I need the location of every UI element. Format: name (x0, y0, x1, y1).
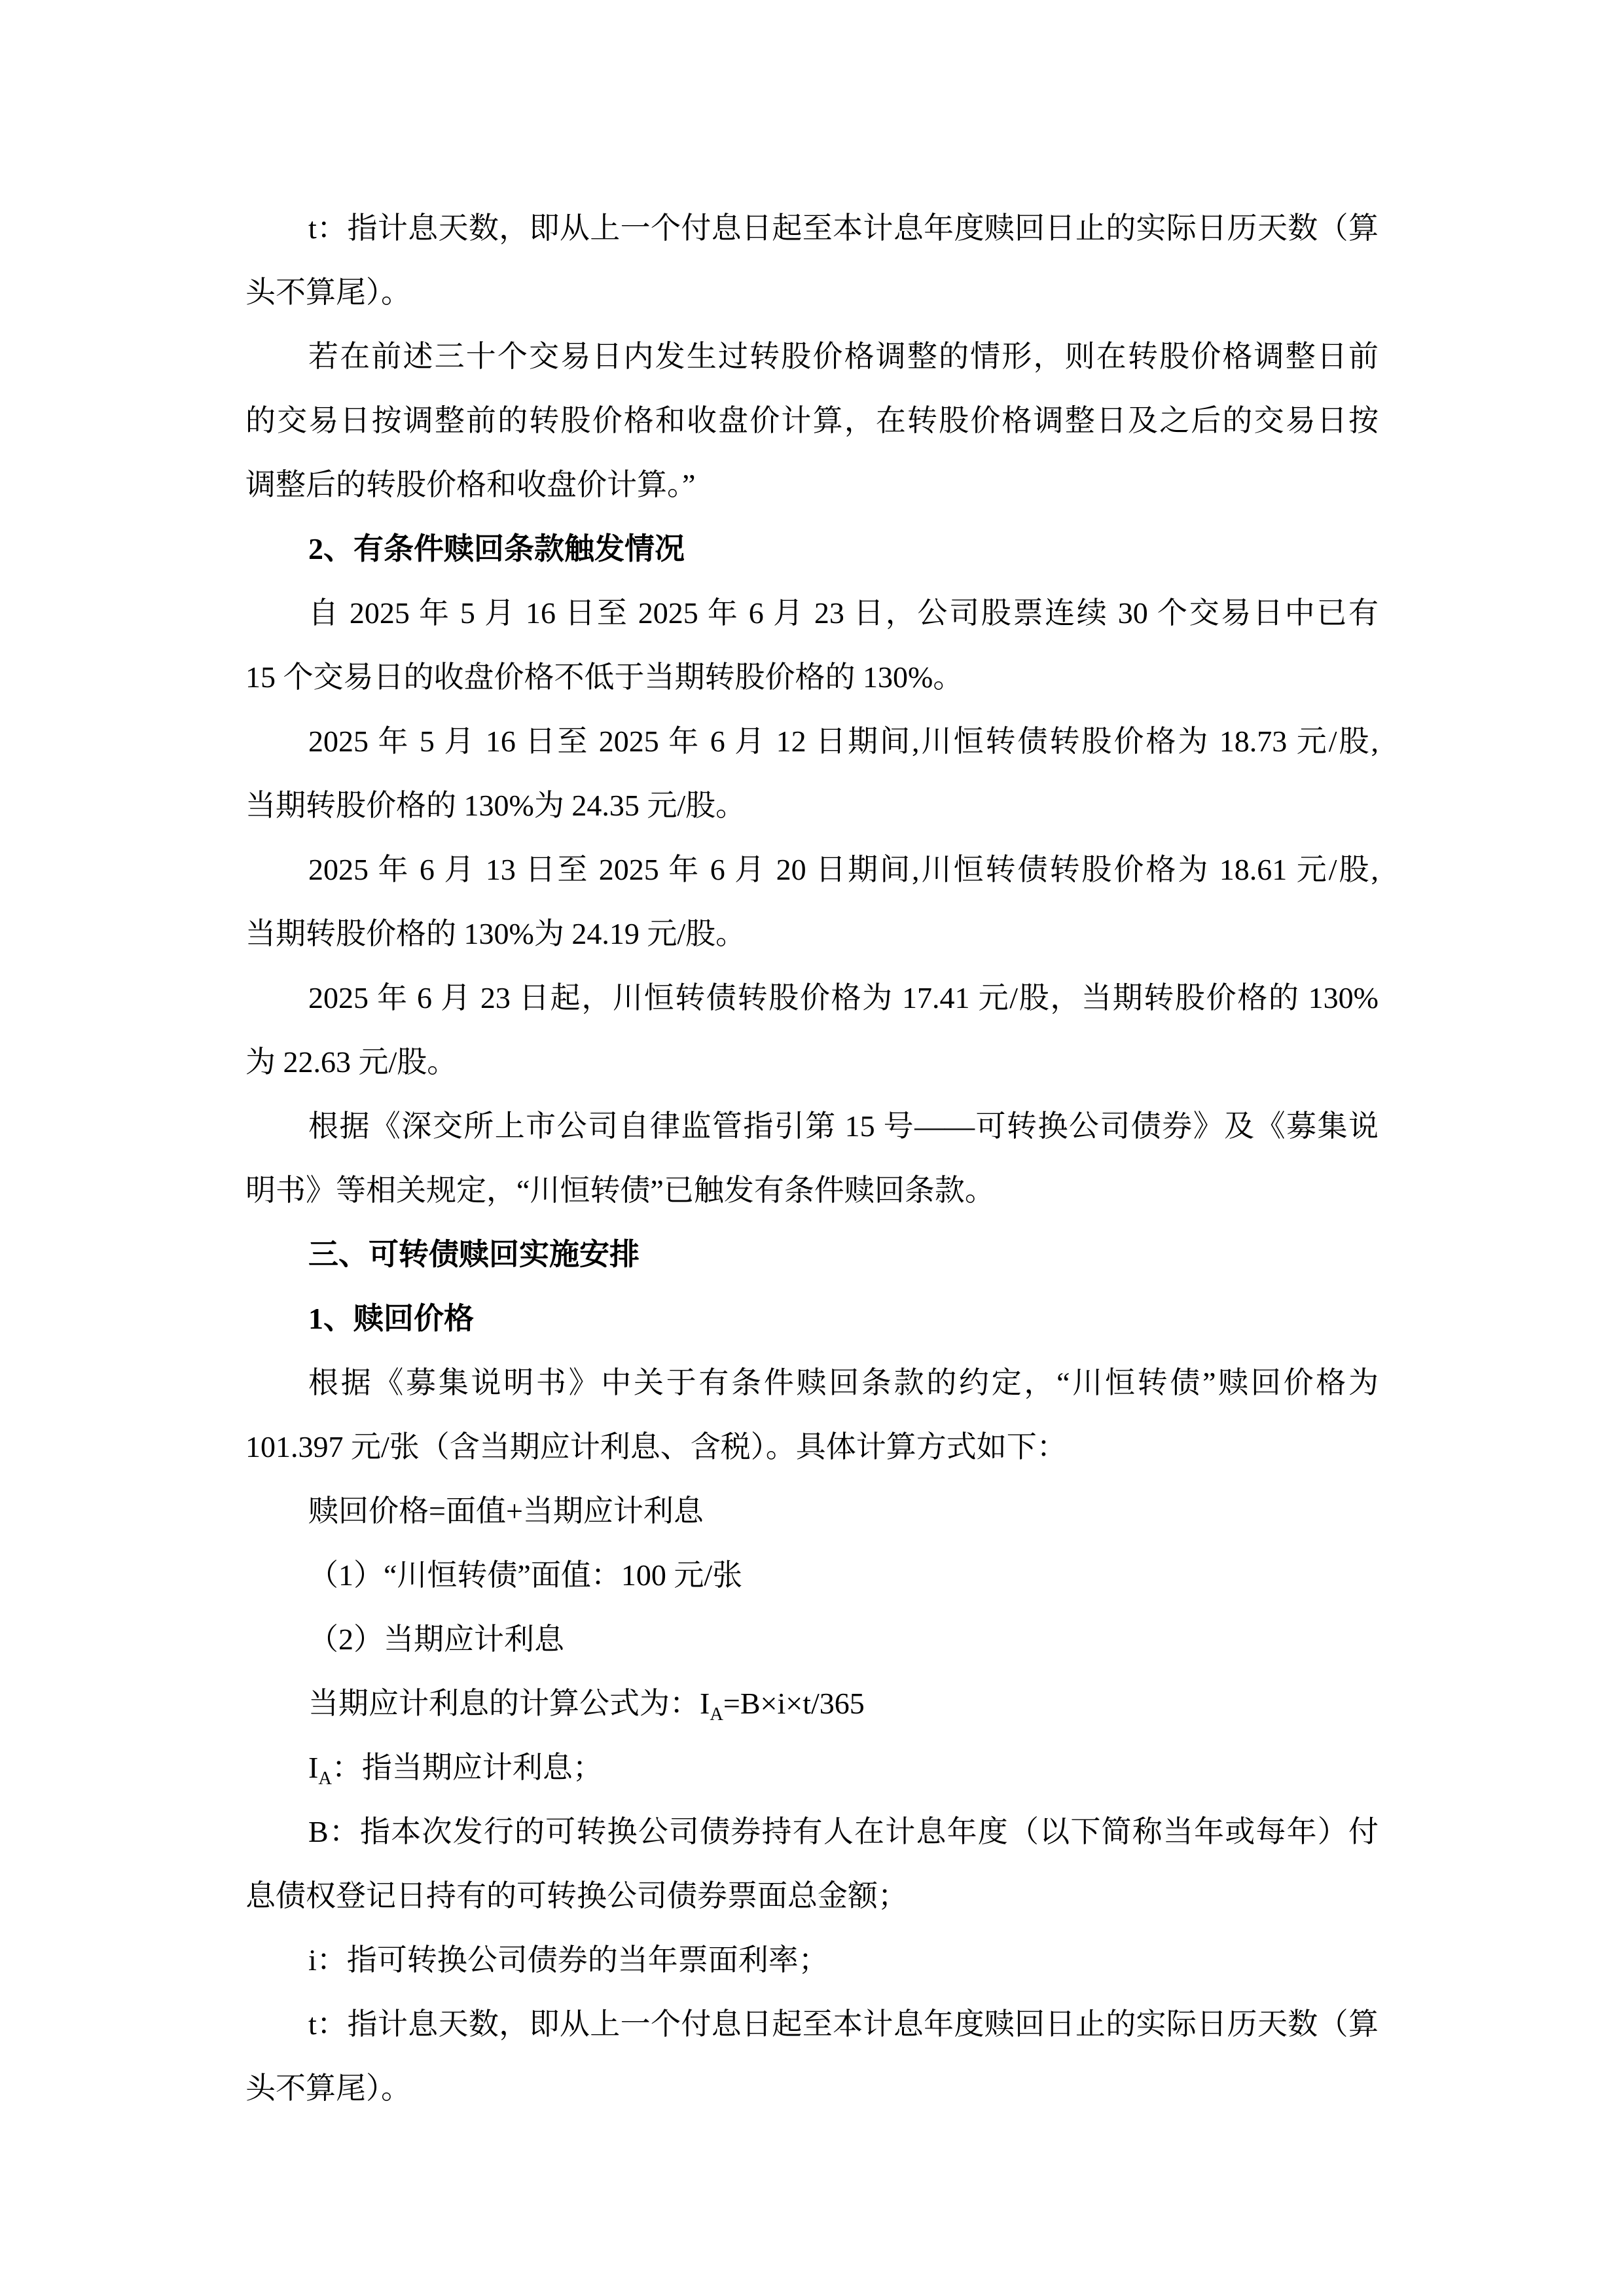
formula-line: IA：指当期应计利息； (245, 1736, 1379, 1800)
text-line: 调整后的转股价格和收盘价计算。” (245, 453, 1379, 517)
formula-text: ：指当期应计利息； (332, 1751, 603, 1784)
text-line: t：指计息天数，即从上一个付息日起至本计息年度赎回日止的实际日历天数（算 (245, 196, 1379, 260)
formula-text: I (308, 1751, 318, 1784)
formula-text: 当期应计利息的计算公式为：I (308, 1687, 710, 1720)
text-line: 赎回价格=面值+当期应计利息 (245, 1479, 1379, 1543)
text-line: 息债权登记日持有的可转换公司债券票面总金额； (245, 1864, 1379, 1928)
text-line: 15 个交易日的收盘价格不低于当期转股价格的 130%。 (245, 645, 1379, 709)
text-line: （2）当期应计利息 (245, 1607, 1379, 1672)
text-line: 根据《深交所上市公司自律监管指引第 15 号——可转换公司债券》及《募集说 (245, 1094, 1379, 1158)
text-line: 若在前述三十个交易日内发生过转股价格调整的情形，则在转股价格调整日前 (245, 325, 1379, 389)
text-line: 的交易日按调整前的转股价格和收盘价计算，在转股价格调整日及之后的交易日按 (245, 389, 1379, 453)
subscript-text: A (710, 1704, 723, 1725)
text-line: 2025 年 5 月 16 日至 2025 年 6 月 12 日期间,川恒转债转… (245, 709, 1379, 774)
heading-line: 三、可转债赎回实施安排 (245, 1223, 1379, 1287)
text-line: 明书》等相关规定，“川恒转债”已触发有条件赎回条款。 (245, 1158, 1379, 1223)
text-line: 为 22.63 元/股。 (245, 1030, 1379, 1094)
text-line: （1）“川恒转债”面值：100 元/张 (245, 1543, 1379, 1607)
formula-line: 当期应计利息的计算公式为：IA=B×i×t/365 (245, 1672, 1379, 1736)
text-line: t：指计息天数，即从上一个付息日起至本计息年度赎回日止的实际日历天数（算 (245, 1992, 1379, 2056)
heading-line: 2、有条件赎回条款触发情况 (245, 517, 1379, 581)
text-line: 2025 年 6 月 23 日起，川恒转债转股价格为 17.41 元/股，当期转… (245, 966, 1379, 1030)
text-line: 头不算尾）。 (245, 2056, 1379, 2121)
document-page: t：指计息天数，即从上一个付息日起至本计息年度赎回日止的实际日历天数（算头不算尾… (0, 0, 1624, 2296)
text-line: 101.397 元/张（含当期应计利息、含税）。具体计算方式如下： (245, 1415, 1379, 1479)
text-line: 2025 年 6 月 13 日至 2025 年 6 月 20 日期间,川恒转债转… (245, 838, 1379, 902)
formula-text: =B×i×t/365 (723, 1687, 865, 1720)
text-line: 自 2025 年 5 月 16 日至 2025 年 6 月 23 日，公司股票连… (245, 581, 1379, 645)
text-line: 当期转股价格的 130%为 24.35 元/股。 (245, 774, 1379, 838)
text-line: B：指本次发行的可转换公司债券持有人在计息年度（以下简称当年或每年）付 (245, 1800, 1379, 1864)
text-line: i：指可转换公司债券的当年票面利率； (245, 1928, 1379, 1992)
document-body: t：指计息天数，即从上一个付息日起至本计息年度赎回日止的实际日历天数（算头不算尾… (245, 196, 1379, 2121)
heading-line: 1、赎回价格 (245, 1287, 1379, 1351)
text-line: 头不算尾）。 (245, 260, 1379, 325)
text-line: 当期转股价格的 130%为 24.19 元/股。 (245, 902, 1379, 966)
text-line: 根据《募集说明书》中关于有条件赎回条款的约定，“川恒转债”赎回价格为 (245, 1351, 1379, 1415)
subscript-text: A (318, 1768, 332, 1789)
